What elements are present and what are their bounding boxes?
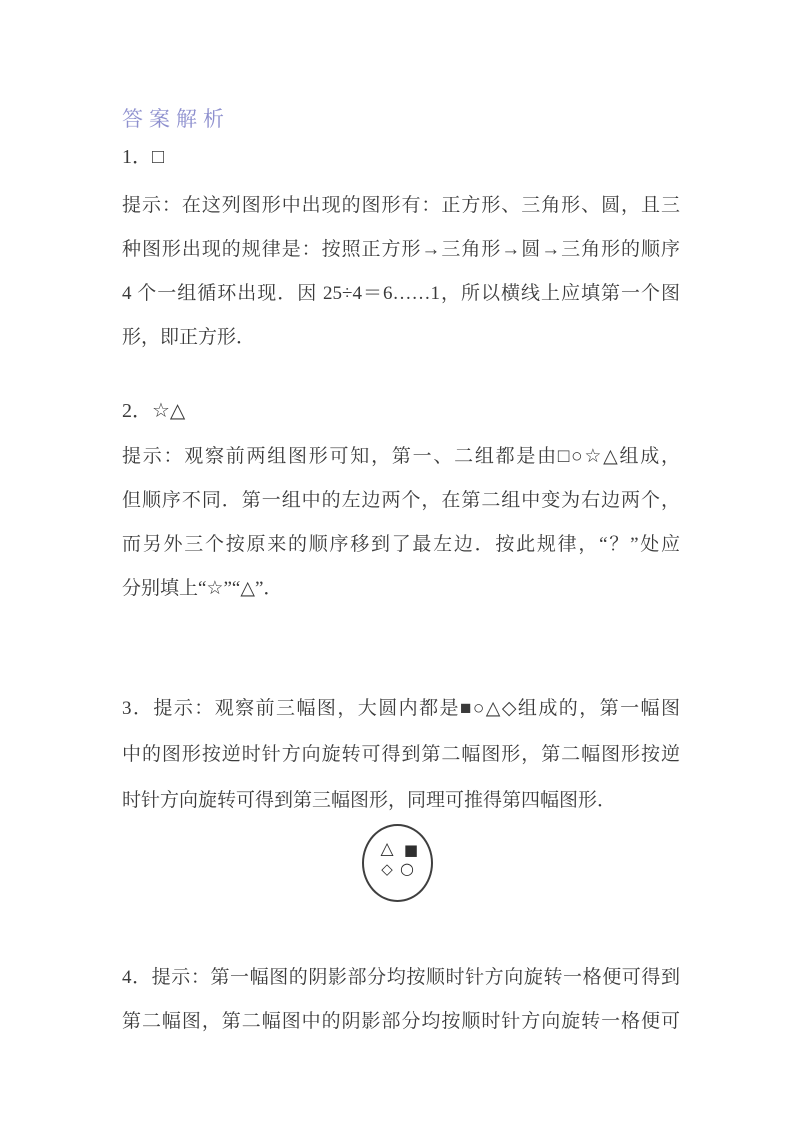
answer-2: 2．☆△ bbox=[122, 396, 185, 426]
hint-4-line-1: 4．提示：第一幅图的阴影部分均按顺时针方向旋转一格便可得到 bbox=[122, 956, 680, 1000]
hint-2-line-2: 但顺序不同．第一组中的左边两个，在第二组中变为右边两个， bbox=[122, 479, 680, 523]
hint-4-line-2: 第二幅图，第二幅图中的阴影部分均按顺时针方向旋转一格便可 bbox=[122, 1000, 680, 1044]
hint-1-line-2: 种图形出现的规律是：按照正方形→三角形→圆→三角形的顺序 bbox=[122, 228, 680, 272]
hint-3-line-1: 3．提示：观察前三幅图，大圆内都是■○△◇组成的，第一幅图 bbox=[122, 686, 680, 732]
hint-3-line-3: 时针方向旋转可得到第三幅图形，同理可推得第四幅图形． bbox=[122, 778, 680, 824]
hint-1-line-4: 形，即正方形． bbox=[122, 316, 680, 360]
hint-paragraph-4: 4．提示：第一幅图的阴影部分均按顺时针方向旋转一格便可得到 第二幅图，第二幅图中… bbox=[122, 956, 680, 1044]
hint-1-line-1: 提示：在这列图形中出现的图形有：正方形、三角形、圆，且三 bbox=[122, 184, 680, 228]
hint-2-line-4: 分别填上“☆”“△”． bbox=[122, 567, 680, 611]
document-page: 答案解析 1．□ 提示：在这列图形中出现的图形有：正方形、三角形、圆，且三 种图… bbox=[0, 0, 800, 1131]
diamond-icon: ◇ bbox=[378, 860, 396, 878]
hint-1-line-3: 4 个一组循环出现．因 25÷4＝6……1，所以横线上应填第一个图 bbox=[122, 272, 680, 316]
triangle-icon: △ bbox=[378, 840, 396, 858]
answer-1: 1．□ bbox=[122, 142, 164, 172]
page-title: 答案解析 bbox=[122, 103, 230, 133]
filled-square-icon: ■ bbox=[402, 841, 420, 859]
hint-paragraph-2: 提示：观察前两组图形可知，第一、二组都是由□○☆△组成， 但顺序不同．第一组中的… bbox=[122, 435, 680, 611]
hint-paragraph-1: 提示：在这列图形中出现的图形有：正方形、三角形、圆，且三 种图形出现的规律是：按… bbox=[122, 184, 680, 360]
hint-3-line-2: 中的图形按逆时针方向旋转可得到第二幅图形，第二幅图形按逆 bbox=[122, 732, 680, 778]
hint-2-line-3: 而另外三个按原来的顺序移到了最左边．按此规律，“？”处应 bbox=[122, 523, 680, 567]
circle-icon: ○ bbox=[398, 860, 416, 878]
hint-paragraph-3: 3．提示：观察前三幅图，大圆内都是■○△◇组成的，第一幅图 中的图形按逆时针方向… bbox=[122, 686, 680, 824]
rotation-figure-circle: △ ■ ◇ ○ bbox=[362, 824, 433, 902]
hint-2-line-1: 提示：观察前两组图形可知，第一、二组都是由□○☆△组成， bbox=[122, 435, 680, 479]
